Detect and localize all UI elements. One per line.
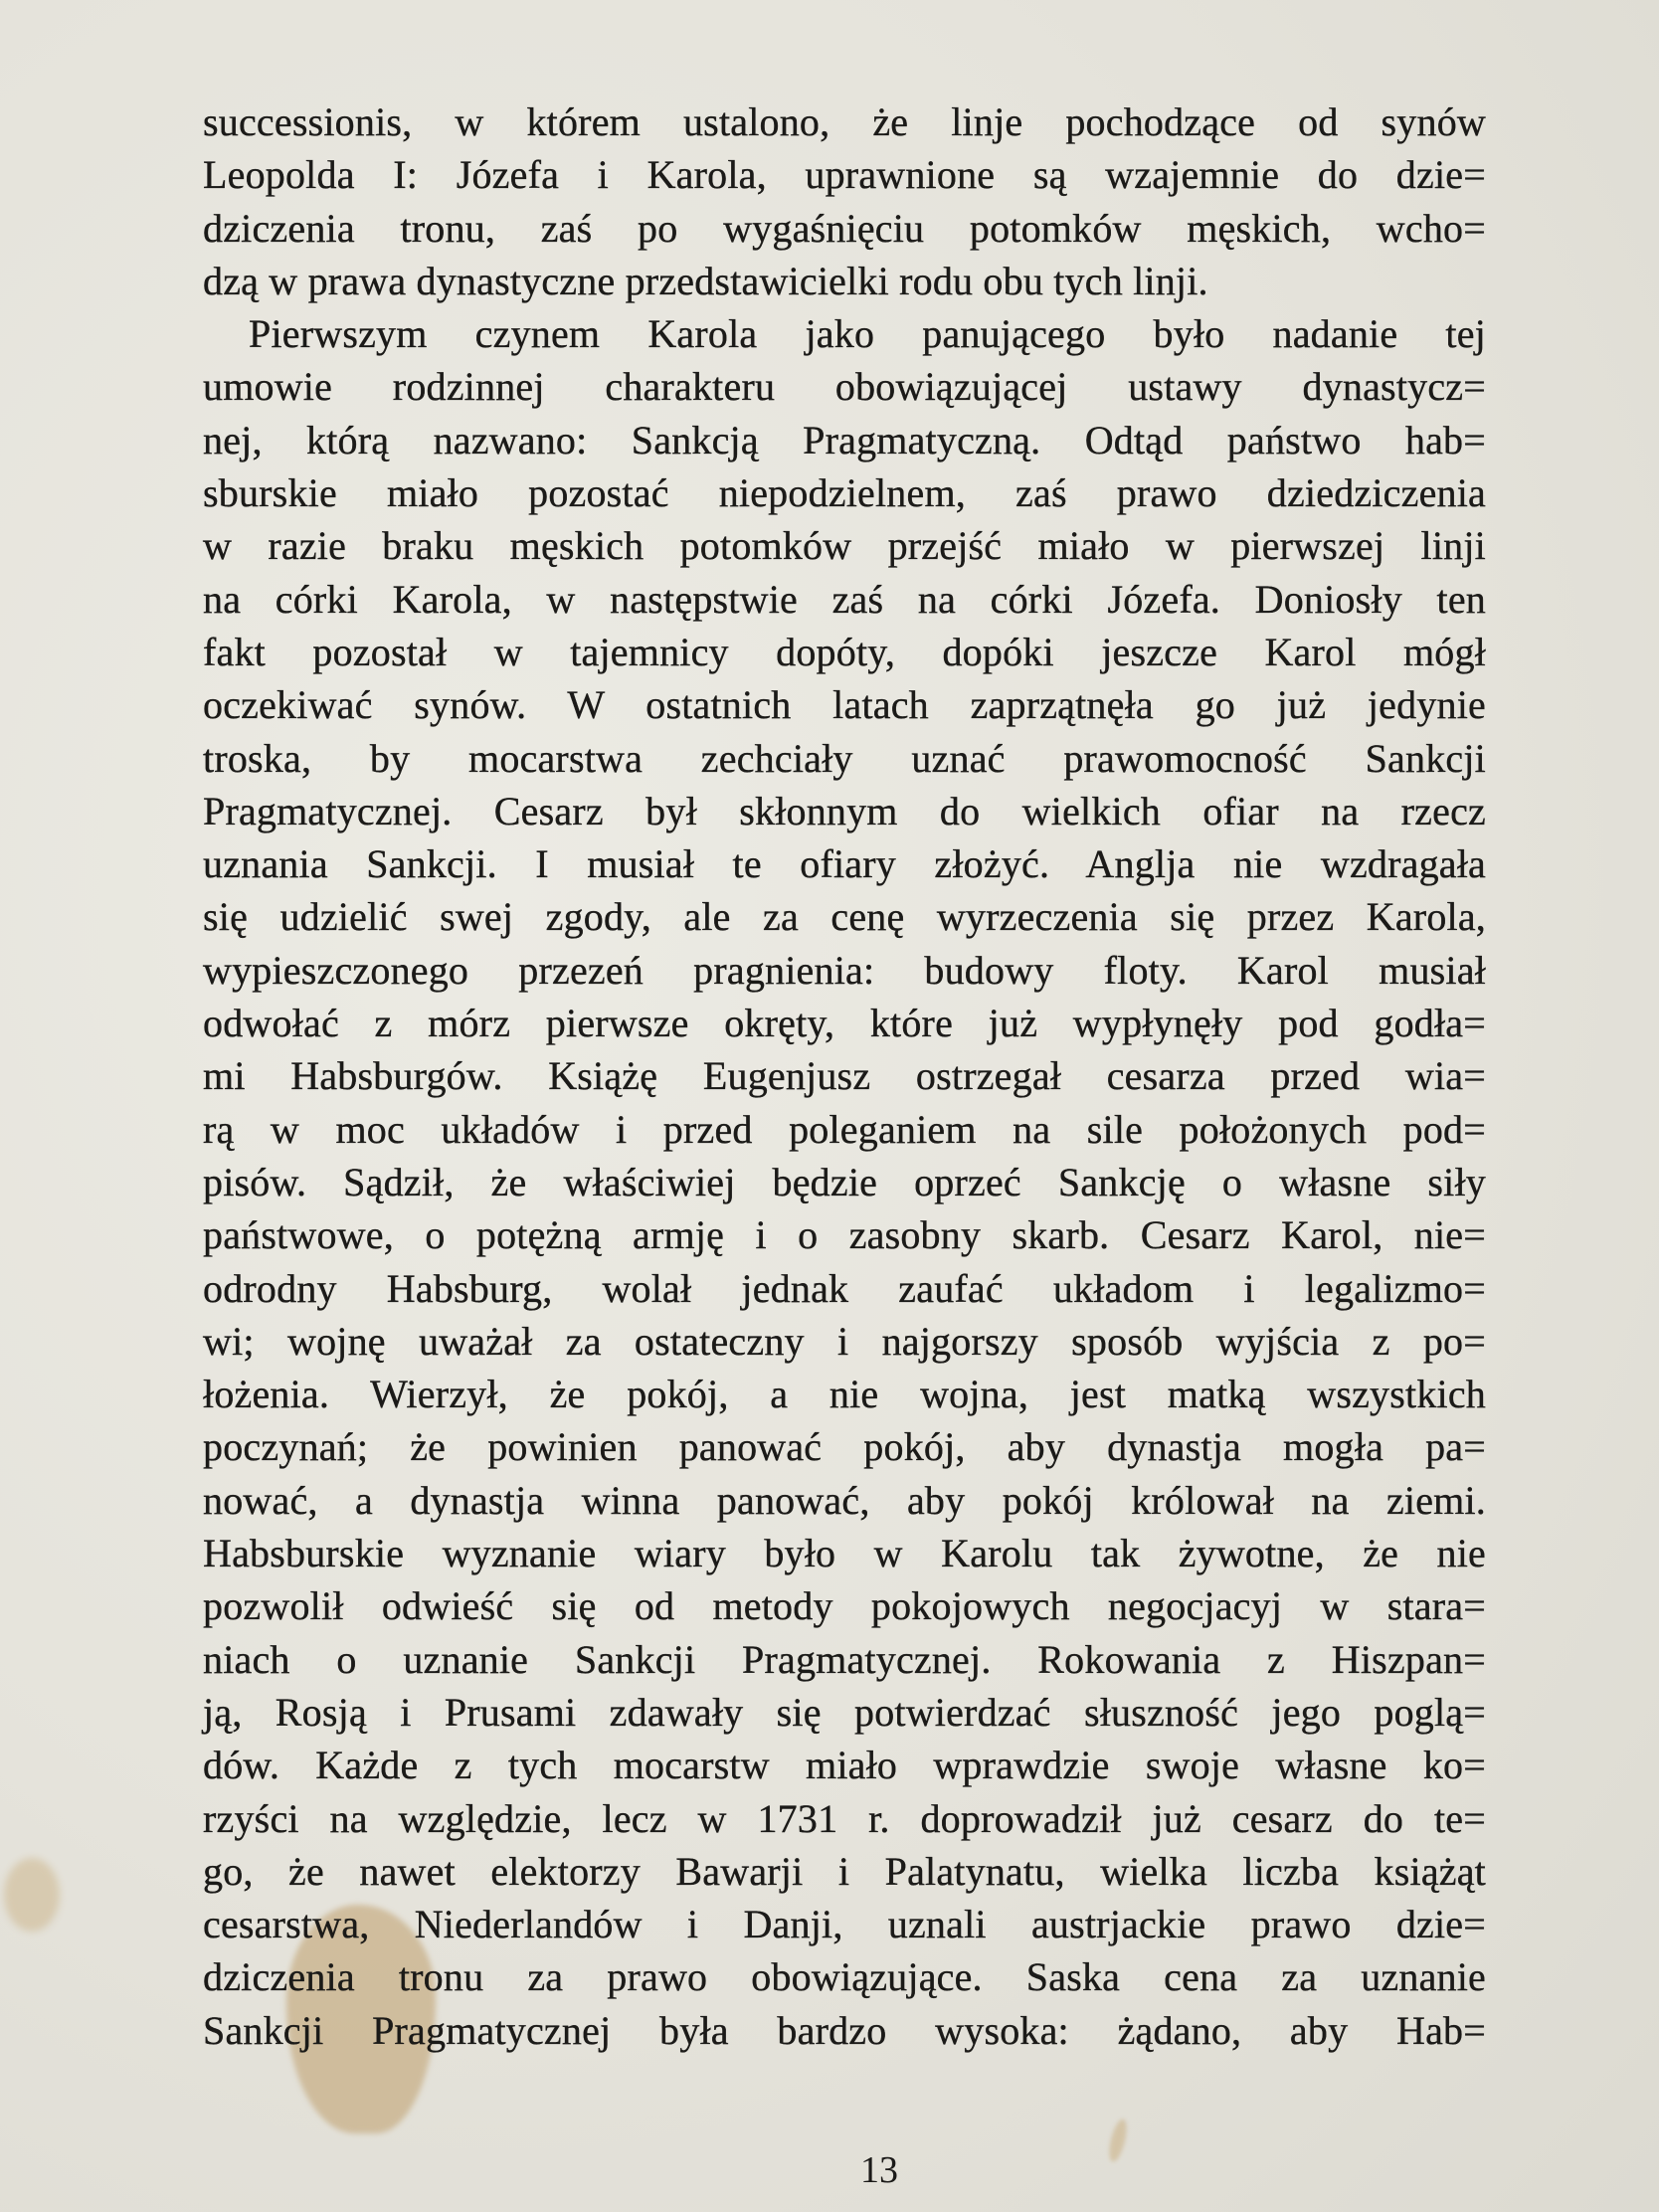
text-line: poczynań; że powinien panować pokój, aby…: [203, 1420, 1486, 1473]
text-line: nej, którą nazwano: Sankcją Pragmatyczną…: [203, 414, 1486, 466]
text-line: państwowe, o potężną armję i o zasobny s…: [203, 1208, 1486, 1261]
text-line: nować, a dynastja winna panować, aby pok…: [203, 1474, 1486, 1527]
text-line: wypieszczonego przezeń pragnienia: budow…: [203, 944, 1486, 997]
text-line: ją, Rosją i Prusami zdawały się potwierd…: [203, 1686, 1486, 1739]
text-line: łożenia. Wierzył, że pokój, a nie wojna,…: [203, 1368, 1486, 1420]
text-line: umowie rodzinnej charakteru obowiązujące…: [203, 360, 1486, 413]
text-line: cesarstwa, Niederlandów i Danji, uznali …: [203, 1898, 1486, 1950]
text-line: dzą w prawa dynastyczne przedstawicielki…: [203, 255, 1486, 307]
text-line: dziczenia tronu za prawo obowiązujące. S…: [203, 1950, 1486, 2003]
stain-left-margin: [4, 1858, 60, 1932]
text-line: oczekiwać synów. W ostatnich latach zapr…: [203, 678, 1486, 731]
text-line: Habsburskie wyznanie wiary było w Karolu…: [203, 1527, 1486, 1579]
text-line: odwołać z mórz pierwsze okręty, które ju…: [203, 997, 1486, 1049]
text-line: uznania Sankcji. I musiał te ofiary złoż…: [203, 837, 1486, 890]
text-line: rą w moc układów i przed poleganiem na s…: [203, 1103, 1486, 1156]
text-line: fakt pozostał w tajemnicy dopóty, dopóki…: [203, 626, 1486, 678]
text-line: successionis, w którem ustalono, że linj…: [203, 95, 1486, 148]
text-line: niach o uznanie Sankcji Pragmatycznej. R…: [203, 1633, 1486, 1686]
text-line: na córki Karola, w następstwie zaś na có…: [203, 573, 1486, 626]
text-line: pisów. Sądził, że właściwiej będzie oprz…: [203, 1156, 1486, 1208]
text-line: dziczenia tronu, zaś po wygaśnięciu poto…: [203, 202, 1486, 255]
text-line: wi; wojnę uważał za ostateczny i najgors…: [203, 1315, 1486, 1368]
body-text: successionis, w którem ustalono, że linj…: [203, 95, 1486, 2057]
page-number: 13: [0, 2148, 1659, 2192]
text-line: się udzielić swej zgody, ale za cenę wyr…: [203, 890, 1486, 943]
text-line: dów. Każde z tych mocarstw miało wprawdz…: [203, 1739, 1486, 1791]
text-line: w razie braku męskich potomków przejść m…: [203, 519, 1486, 572]
text-line: sburskie miało pozostać niepodzielnem, z…: [203, 466, 1486, 519]
text-line: troska, by mocarstwa zechciały uznać pra…: [203, 732, 1486, 785]
text-line: mi Habsburgów. Książę Eugenjusz ostrzega…: [203, 1049, 1486, 1102]
text-line: Leopolda I: Józefa i Karola, uprawnione …: [203, 148, 1486, 201]
text-line: rzyści na względzie, lecz w 1731 r. dopr…: [203, 1792, 1486, 1845]
text-line: Sankcji Pragmatycznej była bardzo wysoka…: [203, 2004, 1486, 2057]
text-line: Pierwszym czynem Karola jako panującego …: [203, 307, 1486, 360]
text-line: go, że nawet elektorzy Bawarji i Palatyn…: [203, 1845, 1486, 1898]
book-page: successionis, w którem ustalono, że linj…: [0, 0, 1659, 2212]
text-line: Pragmatycznej. Cesarz był skłonnym do wi…: [203, 785, 1486, 837]
text-line: pozwolił odwieść się od metody pokojowyc…: [203, 1579, 1486, 1632]
text-line: odrodny Habsburg, wolał jednak zaufać uk…: [203, 1262, 1486, 1315]
